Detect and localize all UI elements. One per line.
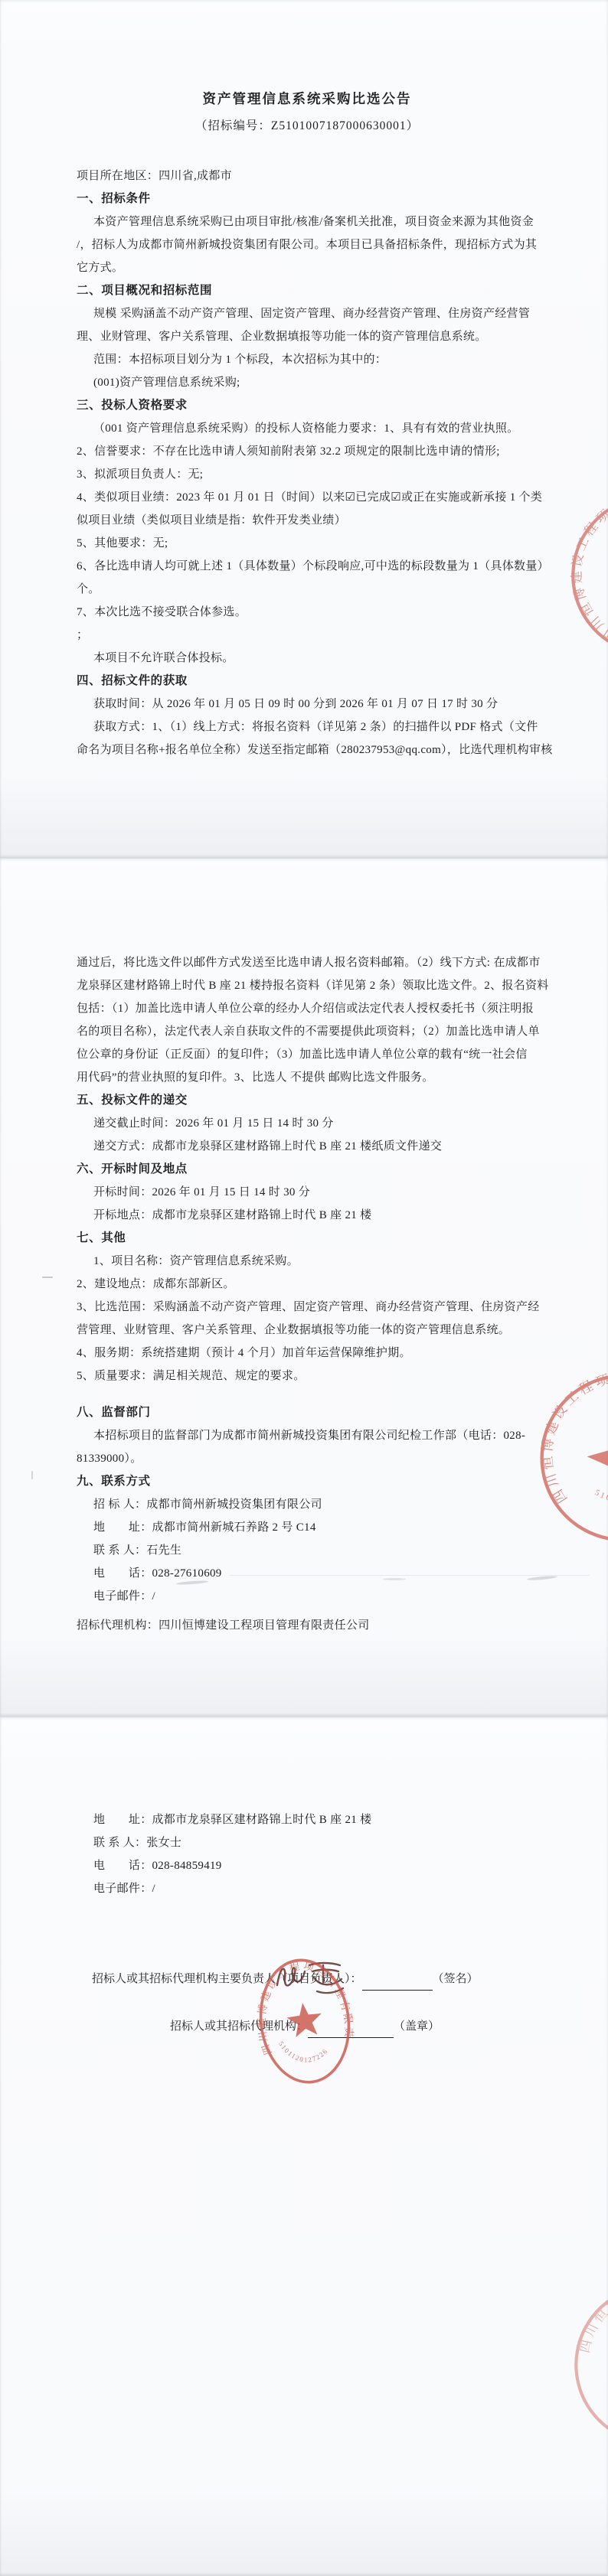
text-line: ；	[77, 624, 538, 647]
text-line: (001)资产管理信息系统采购;	[77, 371, 538, 394]
text-line: 获取方式：1、（1）线上方式：将报名资料（详见第 2 条）的扫描件以 PDF 格…	[77, 716, 538, 739]
text-line: 本项目不允许联合体投标。	[77, 647, 538, 670]
leader-signature-suffix: （签名）	[433, 1973, 479, 1985]
agency-address: 地 址：成都市龙泉驿区建材路锦上时代 B 座 21 楼	[77, 1808, 538, 1831]
tenderer-contact: 联 系 人：石先生	[77, 1539, 538, 1562]
page-1-text: 资产管理信息系统采购比选公告（招标编号：Z5101007187000630001…	[0, 89, 608, 761]
text-line: 范围：本招标项目划分为 1 个标段，本次招标为其中的：	[77, 348, 538, 371]
svg-text:四川恒博建设工程项目管理有限责任公司: 四川恒博建设工程项目管理有限责任公司	[561, 2248, 608, 2431]
stamp-blank-line	[308, 2023, 394, 2038]
section-4-heading: 四、招标文件的获取	[77, 670, 538, 693]
official-seal-edge-3: 四川恒博建设工程项目管理有限责任公司	[538, 2248, 608, 2480]
section-1-heading: 一、招标条件	[77, 187, 538, 210]
text-line: 位公章的身份证（正反面）的复印件；（3）加盖比选申请人单位公章的载有“统一社会信	[77, 1043, 538, 1066]
text-line: 3、拟派项目负责人：无;	[77, 463, 538, 486]
text-line: 4、类似项目业绩：2023 年 01 月 01 日（时间）以来☑已完成☑或正在实…	[77, 486, 538, 509]
tenderer-name: 招 标 人：成都市简州新城投资集团有限公司	[77, 1493, 538, 1516]
svg-text:四川恒博建设工程项目管理有限责任公司: 四川恒博建设工程项目管理有限责任公司	[235, 1940, 358, 2059]
document-page-3: 地 址：成都市龙泉驿区建材路锦上时代 B 座 21 楼联 系 人：张女士电 话：…	[0, 1717, 608, 2576]
leader-signature-label: 招标人或其招标代理机构主要负责人（项目负责人）：	[92, 1973, 362, 1985]
section-9-heading: 九、联系方式	[77, 1470, 538, 1493]
text-line: 5、其他要求：无;	[77, 532, 538, 555]
agency-stamp-label: 招标人或其招标代理机构：	[170, 2020, 308, 2033]
section-7-heading: 七、其他	[77, 1227, 538, 1250]
text-line: 本资产管理信息系统采购已由项目审批/核准/备案机关批准，项目资金来源为其他资金	[77, 210, 538, 233]
text-line: 开标时间：2026 年 01 月 15 日 14 时 30 分	[77, 1181, 538, 1204]
text-line: 4、服务期：系统搭建期（预计 4 个月）加首年运营保障维护期。	[77, 1342, 538, 1365]
text-line: 5、质量要求：满足相关规范、规定的要求。	[77, 1365, 538, 1387]
text-line: 开标地点：成都市龙泉驿区建材路锦上时代 B 座 21 楼	[77, 1204, 538, 1227]
section-5-heading: 五、投标文件的递交	[77, 1089, 538, 1112]
text-line: 1、项目名称：资产管理信息系统采购。	[77, 1250, 538, 1273]
text-line: 理、业财管理、客户关系管理、企业数据填报等功能一体的资产管理信息系统。	[77, 325, 538, 348]
signature-blank-line	[362, 1976, 433, 1991]
scan-artifact	[230, 1575, 590, 1576]
leader-signature-line: 招标人或其招标代理机构主要负责人（项目负责人）：（签名）	[92, 1968, 479, 1991]
text-line: 规模 采购涵盖不动产资产管理、固定资产管理、商办经营资产管理、住房资产经营管	[77, 302, 538, 325]
text-line: 递交截止时间：2026 年 01 月 15 日 14 时 30 分	[77, 1112, 538, 1135]
agency-name: 招标代理机构：四川恒博建设工程项目管理有限责任公司	[77, 1614, 538, 1637]
bid-number: （招标编号：Z5101007187000630001）	[77, 115, 538, 138]
text-line: 获取时间：从 2026 年 01 月 05 日 09 时 00 分到 2026 …	[77, 693, 538, 716]
agency-phone: 电 话：028-84859419	[77, 1854, 538, 1877]
text-line: 用代码”的营业执照的复印件。3、比选人 不提供 邮购比选文件服务。	[77, 1066, 538, 1089]
text-line: 6、各比选申请人均可就上述 1（具体数量）个标段响应,可中选的标段数量为 1（具…	[77, 555, 538, 578]
section-2-heading: 二、项目概况和招标范围	[77, 279, 538, 302]
text-line: /，招标人为成都市简州新城投资集团有限公司。本项目已具备招标条件，现招标方式为其	[77, 233, 538, 256]
agency-contact: 联 系 人：张女士	[77, 1831, 538, 1854]
tenderer-phone: 电 话：028-27610609	[77, 1562, 538, 1585]
tenderer-address: 地 址：成都市简州新城石养路 2 号 C14	[77, 1516, 538, 1539]
tenderer-email: 电子邮件：/	[77, 1585, 538, 1608]
document-page-1: 资产管理信息系统采购比选公告（招标编号：Z5101007187000630001…	[0, 0, 608, 858]
agency-stamp-line: 招标人或其招标代理机构：（盖章）	[170, 2015, 440, 2038]
page-2-text: 通过后，将比选文件以邮件方式发送至比选申请人报名资料邮箱。（2）线下方式: 在成…	[0, 859, 608, 1637]
document-page-2: 通过后，将比选文件以邮件方式发送至比选申请人报名资料邮箱。（2）线下方式: 在成…	[0, 859, 608, 1717]
text-line: 似项目业绩（类似项目业绩是指：软件开发类业绩）	[77, 509, 538, 532]
scan-artifact	[31, 1471, 33, 1479]
text-line: 名的项目名称），法定代表人亲自获取文件的不需要提供此项资料；（2）加盖比选申请人…	[77, 1020, 538, 1043]
text-line: 龙泉驿区建材路锦上时代 B 座 21 楼持报名资料（详见第 2 条）领取比选文件…	[77, 974, 538, 997]
text-line: 营管理、业财管理、客户关系管理、企业数据填报等功能一体的资产管理信息系统。	[77, 1319, 538, 1342]
agency-email: 电子邮件：/	[77, 1877, 538, 1900]
text-line: 2、建设地点：成都东部新区。	[77, 1273, 538, 1296]
svg-text:5101120127226: 5101120127226	[276, 2035, 330, 2068]
text-line: （001 资产管理信息系统采购）的投标人资格能力要求：1、具有有效的营业执照。	[77, 417, 538, 440]
section-6-heading: 六、开标时间及地点	[77, 1158, 538, 1181]
text-line: 包括：（1）加盖比选申请人单位公章的经办人介绍信或法定代表人授权委托书（须注明报	[77, 997, 538, 1020]
text-line: 通过后，将比选文件以邮件方式发送至比选申请人报名资料邮箱。（2）线下方式: 在成…	[77, 951, 538, 974]
scanned-document: 资产管理信息系统采购比选公告（招标编号：Z5101007187000630001…	[0, 0, 608, 2576]
scan-artifact	[42, 1277, 53, 1278]
section-8-heading: 八、监督部门	[77, 1401, 538, 1424]
text-line: 3、比选范围：采购涵盖不动产资产管理、固定资产管理、商办经营资产管理、住房资产经	[77, 1296, 538, 1319]
text-line: 命名为项目名称+报名单位全称）发送至指定邮箱（280237953@qq.com）…	[77, 739, 538, 761]
page-3-text: 地 址：成都市龙泉驿区建材路锦上时代 B 座 21 楼联 系 人：张女士电 话：…	[0, 1717, 608, 1900]
text-line: 7、本次比选不接受联合体参选。	[77, 601, 538, 624]
project-region: 项目所在地区：四川省,成都市	[77, 165, 538, 187]
text-line: 递交方式：成都市龙泉驿区建材路锦上时代 B 座 21 楼纸质文件递交	[77, 1135, 538, 1158]
document-title: 资产管理信息系统采购比选公告	[77, 89, 538, 109]
text-line: 2、信誉要求：不存在比选申请人须知前附表第 32.2 项规定的限制比选申请的情形…	[77, 440, 538, 463]
text-line: 它方式。	[77, 256, 538, 279]
section-3-heading: 三、投标人资格要求	[77, 394, 538, 417]
text-line: 个。	[77, 578, 538, 601]
text-line: 本招标项目的监督部门为成都市简州新城投资集团有限公司纪检工作部（电话：028-	[77, 1424, 538, 1447]
scan-artifact	[383, 1578, 406, 1580]
agency-stamp-suffix: （盖章）	[394, 2020, 440, 2033]
text-line: 81339000）。	[77, 1447, 538, 1470]
